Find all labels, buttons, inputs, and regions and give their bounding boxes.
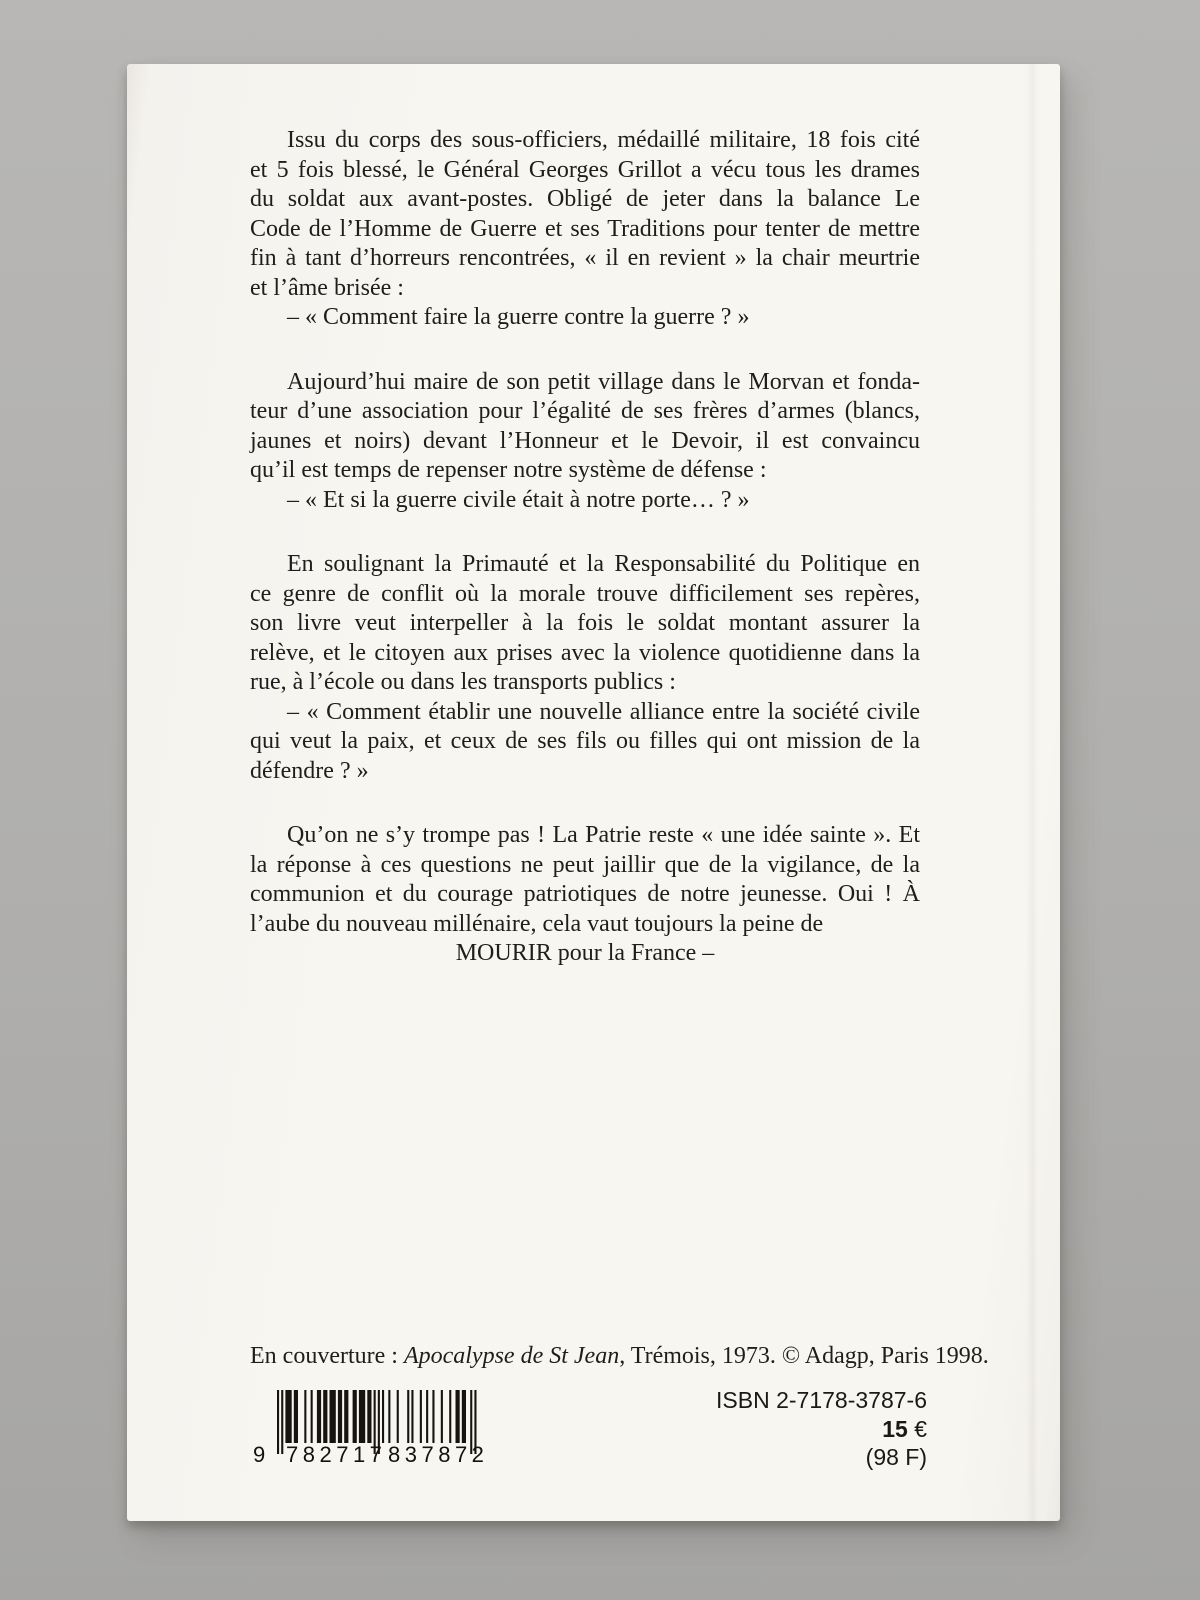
text-line: du soldat aux avant-postes. Obligé de je… — [250, 185, 920, 215]
paragraph: Issu du corps des sous-officiers, médail… — [250, 126, 920, 333]
text-line: communion et du courage patriotiques de … — [250, 880, 920, 910]
blurb-text: Issu du corps des sous-officiers, médail… — [250, 126, 920, 1004]
text-line: qu’il est temps de repenser notre systèm… — [250, 456, 920, 486]
credit-suffix: , Trémois, 1973. © Adagp, Paris 1998. — [619, 1343, 989, 1369]
text-line: Aujourd’hui maire de son petit village d… — [250, 368, 920, 398]
text-line: l’aube du nouveau millénaire, cela vaut … — [250, 910, 920, 940]
book-back-cover: Issu du corps des sous-officiers, médail… — [127, 64, 1060, 1521]
text-line: MOURIR pour la France – — [250, 939, 920, 969]
paragraph: En soulignant la Primauté et la Responsa… — [250, 550, 920, 786]
text-line: – « Et si la guerre civile était à notre… — [250, 486, 920, 516]
text-line: relève, et le citoyen aux prises avec la… — [250, 639, 920, 669]
text-line: Qu’on ne s’y trompe pas ! La Patrie rest… — [250, 821, 920, 851]
price-francs: (98 F) — [716, 1443, 927, 1472]
text-line: rue, à l’école ou dans les transports pu… — [250, 668, 920, 698]
text-line: qui veut la paix, et ceux de ses fils ou… — [250, 727, 920, 757]
paragraph: Qu’on ne s’y trompe pas ! La Patrie rest… — [250, 821, 920, 969]
text-line: En soulignant la Primauté et la Responsa… — [250, 550, 920, 580]
price-euros-value: 15 — [882, 1416, 908, 1442]
isbn-number: ISBN 2-7178-3787-6 — [716, 1386, 927, 1415]
text-line: ce genre de conflit où la morale trouve … — [250, 580, 920, 610]
barcode: 9 782717 837872 — [253, 1390, 493, 1478]
barcode-group1: 782717 — [286, 1442, 386, 1468]
text-line: – « Comment établir une nouvelle allianc… — [250, 698, 920, 728]
text-line: son livre veut interpeller à la fois le … — [250, 609, 920, 639]
text-line: jaunes et noirs) devant l’Honneur et le … — [250, 427, 920, 457]
text-line: la réponse à ces questions ne peut jaill… — [250, 851, 920, 881]
text-line: défendre ? » — [250, 757, 920, 787]
price-euros: 15 € — [716, 1415, 927, 1444]
credit-artwork-title: Apocalypse de St Jean — [404, 1343, 619, 1369]
text-line: teur d’une association pour l’égalité de… — [250, 397, 920, 427]
text-line: fin à tant d’horreurs rencontrées, « il … — [250, 244, 920, 274]
credit-prefix: En couverture : — [250, 1343, 404, 1369]
text-line: Code de l’Homme de Guerre et ses Traditi… — [250, 215, 920, 245]
isbn-block: ISBN 2-7178-3787-6 15 € (98 F) — [716, 1386, 927, 1472]
cover-credit-line: En couverture : Apocalypse de St Jean, T… — [250, 1343, 989, 1370]
photo-background: Issu du corps des sous-officiers, médail… — [0, 0, 1200, 1600]
text-line: et 5 fois blessé, le Général Georges Gri… — [250, 156, 920, 186]
text-line: Issu du corps des sous-officiers, médail… — [250, 126, 920, 156]
text-line: et l’âme brisée : — [250, 274, 920, 304]
paragraph: Aujourd’hui maire de son petit village d… — [250, 368, 920, 516]
euro-currency-symbol: € — [914, 1416, 927, 1442]
barcode-group2: 837872 — [388, 1442, 488, 1468]
barcode-first-digit: 9 — [253, 1442, 265, 1468]
text-line: – « Comment faire la guerre contre la gu… — [250, 303, 920, 333]
